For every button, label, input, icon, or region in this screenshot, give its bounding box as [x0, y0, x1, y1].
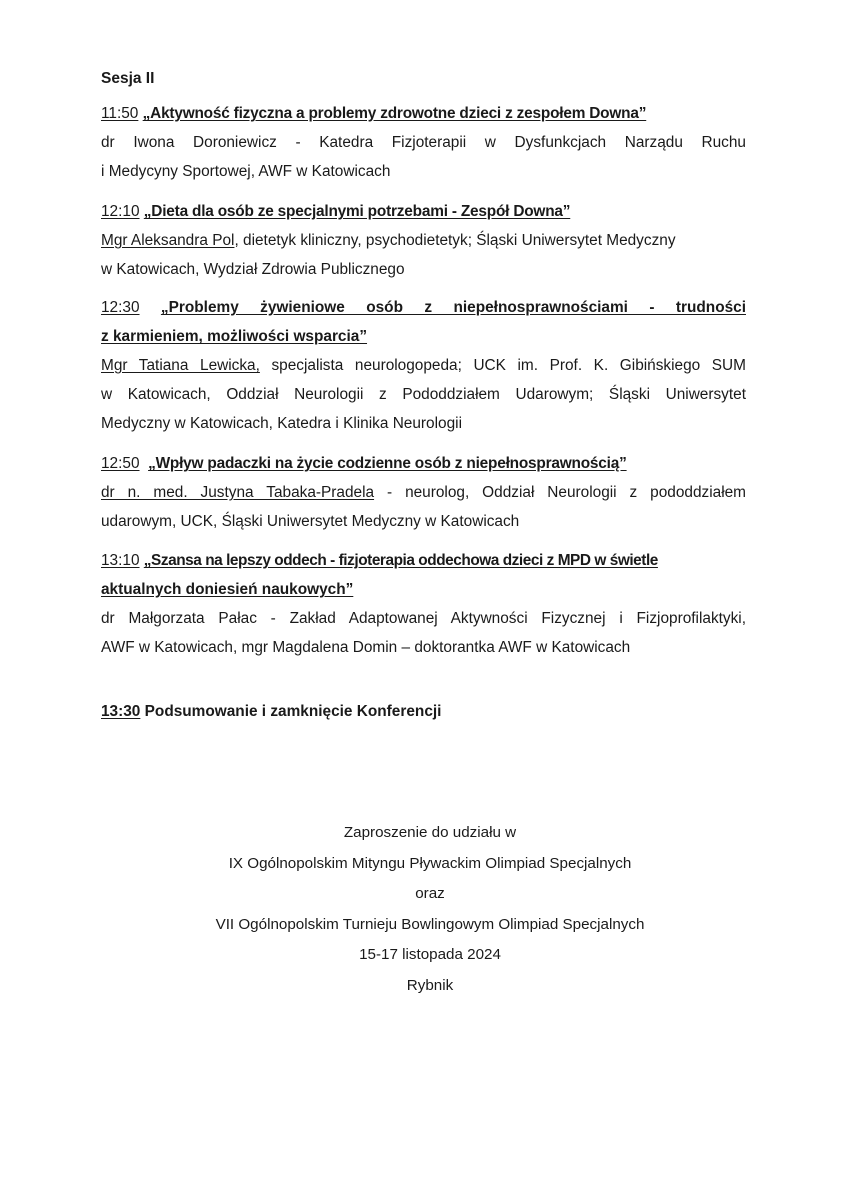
closing-time: 13:30: [101, 703, 140, 720]
speaker-line: Medyczny w Katowicach, Katedra i Klinika…: [101, 409, 746, 438]
talk-title: „Aktywność fizyczna a problemy zdrowotne…: [143, 105, 647, 122]
speaker-line: dr Małgorzata Pałac - Zakład Adaptowanej…: [101, 604, 746, 633]
talk-title-cont: aktualnych doniesień naukowych”: [101, 581, 353, 598]
speaker-line: w Katowicach, Wydział Zdrowia Publiczneg…: [101, 255, 746, 284]
speaker-line: dr n. med. Justyna Tabaka-Pradela - neur…: [101, 478, 746, 507]
talk-time: 12:10: [101, 203, 140, 220]
talk-title-line: 11:50 „Aktywność fizyczna a problemy zdr…: [101, 99, 746, 128]
speaker-line: Mgr Tatiana Lewicka, specjalista neurolo…: [101, 351, 746, 380]
invitation-location: Rybnik: [180, 971, 680, 1002]
speaker-name: Mgr Aleksandra Pol: [101, 232, 234, 249]
closing-item: 13:30 Podsumowanie i zamknięcie Konferen…: [101, 703, 441, 721]
speaker-line: udarowym, UCK, Śląski Uniwersytet Medycz…: [101, 507, 746, 536]
document-page: Sesja II 11:50 „Aktywność fizyczna a pro…: [0, 0, 848, 1200]
talk-time: 13:10: [101, 552, 140, 569]
talk-title-line: 12:50 „Wpływ padaczki na życie codzienne…: [101, 449, 746, 478]
invitation-line: VII Ogólnopolskim Turnieju Bowlingowym O…: [180, 910, 680, 941]
talk-title-line: 13:10 „Szansa na lepszy oddech - fizjote…: [101, 546, 746, 575]
talk-title-line: z karmieniem, możliwości wsparcia”: [101, 322, 746, 351]
talk-title: „Problemy żywieniowe osób z niepełnospra…: [161, 299, 746, 316]
invitation-line: oraz: [180, 879, 680, 910]
closing-text: Podsumowanie i zamknięcie Konferencji: [140, 703, 441, 720]
session-heading: Sesja II: [101, 70, 154, 88]
speaker-affiliation: specjalista neurologopeda; UCK im. Prof.…: [260, 357, 746, 374]
invitation-line: IX Ogólnopolskim Mityngu Pływackim Olimp…: [180, 849, 680, 880]
talk-item: 13:10 „Szansa na lepszy oddech - fizjote…: [101, 546, 746, 662]
talk-title-cont: z karmieniem, możliwości wsparcia”: [101, 328, 367, 345]
talk-time: 11:50: [101, 105, 138, 122]
invitation-line: Zaproszenie do udziału w: [180, 818, 680, 849]
talk-title-line: 12:10 „Dieta dla osób ze specjalnymi pot…: [101, 197, 746, 226]
speaker-name: dr n. med. Justyna Tabaka-Pradela: [101, 484, 374, 501]
talk-title-line: aktualnych doniesień naukowych”: [101, 575, 746, 604]
talk-title: „Szansa na lepszy oddech - fizjoterapia …: [144, 552, 658, 569]
talk-item: 11:50 „Aktywność fizyczna a problemy zdr…: [101, 99, 746, 186]
invitation-date: 15-17 listopada 2024: [180, 940, 680, 971]
talk-title-line: 12:30 „Problemy żywieniowe osób z niepeł…: [101, 293, 746, 322]
talk-item: 12:50 „Wpływ padaczki na życie codzienne…: [101, 449, 746, 536]
talk-title: „Wpływ padaczki na życie codzienne osób …: [148, 455, 627, 472]
speaker-line: Mgr Aleksandra Pol, dietetyk kliniczny, …: [101, 226, 746, 255]
talk-time: 12:30: [101, 299, 140, 316]
talk-item: 12:30 „Problemy żywieniowe osób z niepeł…: [101, 293, 746, 438]
talk-item: 12:10 „Dieta dla osób ze specjalnymi pot…: [101, 197, 746, 284]
speaker-line: dr Iwona Doroniewicz - Katedra Fizjotera…: [101, 128, 746, 157]
speaker-line: AWF w Katowicach, mgr Magdalena Domin – …: [101, 633, 746, 662]
invitation-block: Zaproszenie do udziału w IX Ogólnopolski…: [180, 818, 680, 1001]
speaker-line: w Katowicach, Oddział Neurologii z Podod…: [101, 380, 746, 409]
speaker-affiliation: , dietetyk kliniczny, psychodietetyk; Śl…: [234, 232, 675, 249]
speaker-affiliation: - neurolog, Oddział Neurologii z pododdz…: [374, 484, 746, 501]
speaker-name: Mgr Tatiana Lewicka,: [101, 357, 260, 374]
talk-time: 12:50: [101, 455, 140, 472]
talk-title: „Dieta dla osób ze specjalnymi potrzebam…: [144, 203, 570, 220]
speaker-line: i Medycyny Sportowej, AWF w Katowicach: [101, 157, 746, 186]
